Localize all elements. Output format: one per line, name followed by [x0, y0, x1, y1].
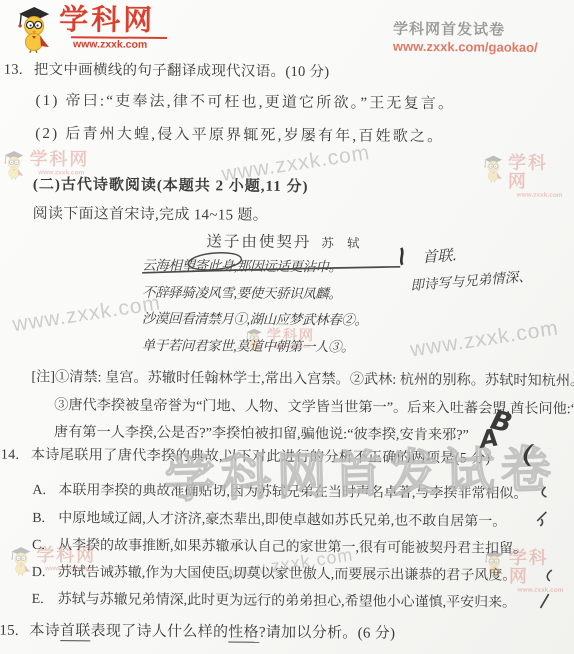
- handwritten-answer-a: A: [478, 423, 501, 453]
- underlined-term: 性格: [228, 624, 259, 642]
- watermark-url: www.zxxk.com: [11, 291, 163, 337]
- watermark-logo-text: 学科网: [508, 154, 564, 192]
- option-text: 从李揆的故事推断,如果苏辙承认自己的家世第一,很有可能被契丹君主扣留。: [58, 538, 527, 557]
- q13-item-1: (1) 帝曰:“吏奉法,律不可枉也,更道它所欲。”王无复言。: [35, 89, 455, 113]
- q14-option-d: D.苏轼告诫苏辙,作为大国使臣,切莫以家世傲人,而要展示出谦恭的君子风度。: [32, 561, 517, 585]
- watermark-url: www.zxxk.com: [409, 317, 561, 363]
- zxxk-bird-mascot-icon: [13, 5, 55, 53]
- question-15-stem: 15.本诗首联表现了诗人什么样的性格?请加以分析。(6 分): [0, 619, 395, 643]
- question-text: 本诗: [29, 623, 60, 639]
- question-number: 13.: [4, 62, 34, 79]
- header-right: 学科网首发试卷 www.zxxk.com/gaokao/: [393, 18, 538, 55]
- q14-option-b: B.中原地域辽阔,人才济济,豪杰辈出,即使卓越如苏氏兄弟,也不敢自居第一。: [32, 507, 506, 531]
- header-url: www.zxxk.com/gaokao/: [393, 39, 538, 55]
- question-text: 表现了诗人什么样的: [91, 623, 229, 640]
- poem-title-row: 送子由使契丹苏 轼: [206, 229, 364, 252]
- option-label: C.: [32, 538, 58, 554]
- option-b-check-mark: [537, 512, 546, 526]
- item-label: (2): [35, 126, 59, 142]
- poem-note-line-1: [注]①清禁: 皇宫。苏辙时任翰林学士,常出入宫禁。②武林: 杭州的别称。苏轼时…: [31, 366, 574, 390]
- zxxk-logo-text: 学科网: [59, 5, 167, 36]
- zxxk-bird-mascot-icon: [8, 546, 34, 576]
- question-13-stem: 13.把文中画横线的句子翻译成现代汉语。(10 分): [4, 58, 330, 82]
- option-label: A.: [32, 483, 58, 499]
- scanned-content: 学科网 www.zxxk.com 学科网首发试卷 www.zxxk.com/ga…: [0, 0, 574, 654]
- exam-paper-page: 学科网 www.zxxk.com 学科网首发试卷 www.zxxk.com/ga…: [0, 0, 574, 654]
- watermark-logo-url: www.zxxk.com: [517, 586, 565, 594]
- poem-line-2: 不辞驿骑凌风雪,要使天骄识凤麟。: [142, 281, 342, 303]
- poem-line-1-pre: 云海相望: [142, 258, 195, 273]
- q13-item-2: (2) 后青州大蝗,侵入平原界辄死,岁屡有年,百姓歌之。: [35, 122, 444, 146]
- question-text: 把文中画横线的句子翻译成现代汉语。(10 分): [34, 62, 330, 80]
- question-number: 15.: [0, 623, 29, 640]
- item-text: 后青州大蝗,侵入平原界辄死,岁屡有年,百姓歌之。: [65, 126, 444, 145]
- header-tagline: 学科网首发试卷: [393, 18, 538, 40]
- zxxk-logo-url: www.zxxk.com: [73, 38, 167, 51]
- zxxk-bird-mascot-icon: [481, 153, 506, 183]
- poem-line-1-circled: 寄此身: [195, 258, 234, 273]
- option-label: D.: [32, 565, 58, 581]
- watermark-logo-text: 学科网: [30, 150, 90, 169]
- question-number: 14.: [1, 447, 31, 464]
- handwritten-caret-mark: [401, 248, 402, 265]
- zxxk-logo: 学科网 www.zxxk.com: [13, 5, 167, 54]
- poem-line-1: 云海相望寄此身,那因远适更沾巾。: [142, 254, 342, 276]
- poem-title: 送子由使契丹: [206, 233, 311, 251]
- option-label: E.: [32, 592, 58, 608]
- poem-line-3: 沙漠回看清禁月①,湖山应梦武林春②。: [142, 307, 368, 329]
- zxxk-bird-mascot-icon: [1, 150, 27, 180]
- option-label: B.: [32, 511, 58, 527]
- underlined-term: 首联: [60, 623, 91, 641]
- question-text: ?请加以分析。(6 分): [259, 625, 396, 642]
- section-instruction: 阅读下面这首宋诗,完成 14~15 题。: [33, 202, 269, 225]
- q14-option-c: C.从李揆的故事推断,如果苏辙承认自己的家世第一,很有可能被契丹君主扣留。: [32, 534, 527, 558]
- item-text: 帝曰:“吏奉法,律不可枉也,更道它所欲。”王无复言。: [66, 93, 456, 112]
- poem-line-1-post: ,那因远适更沾巾。: [234, 259, 342, 275]
- option-text: 苏轼告诫苏辙,作为大国使臣,切莫以家世傲人,而要展示出谦恭的君子风度。: [58, 565, 517, 584]
- item-label: (1): [35, 93, 59, 109]
- watermark-logo-url: www.zxxk.com: [517, 191, 565, 199]
- poem-author: 苏 轼: [321, 236, 364, 250]
- handwritten-note-label: 首联.: [422, 244, 458, 267]
- q14-option-e: E.苏轼与苏辙兄弟情深,此时更为远行的弟弟担心,希望他小心谨慎,平安归来。: [32, 588, 517, 612]
- section-heading: (二)古代诗歌阅读(本题共 2 小题,11 分): [33, 173, 309, 196]
- option-text: 中原地域辽阔,人才济济,豪杰辈出,即使卓越如苏氏兄弟,也不敢自居第一。: [58, 511, 506, 530]
- option-text: 苏轼与苏辙兄弟情深,此时更为远行的弟弟担心,希望他小心谨慎,平安归来。: [58, 592, 517, 611]
- option-e-check-mark: [541, 594, 549, 608]
- poem-line-4: 单于若问君家世,莫道中朝第一人③。: [142, 334, 355, 356]
- watermark-logo: 学科网 www.zxxk.com: [481, 153, 565, 198]
- handwritten-note-text: 即诗写与兄弟情深、: [410, 265, 533, 295]
